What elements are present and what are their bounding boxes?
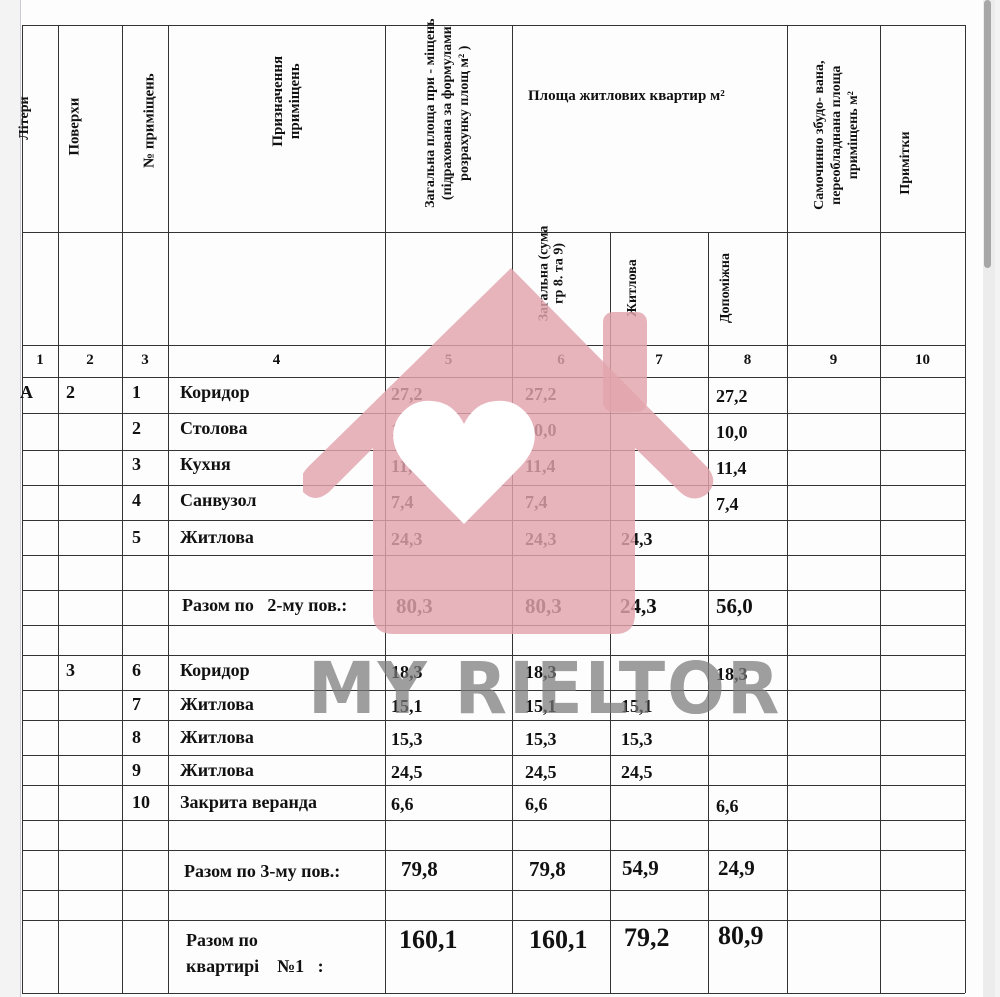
grid-vline (512, 25, 513, 993)
cell-general-area: 6,6 (525, 794, 548, 815)
column-number: 4 (168, 352, 385, 369)
cell-general-area: 18,3 (525, 662, 557, 683)
grid-hline (22, 590, 965, 591)
grid-hline (22, 755, 965, 756)
grand-total-label-line2: квартирі №1 : (186, 956, 324, 977)
subtotal-floor3-general: 79,8 (529, 857, 566, 882)
header-notes: Примітки (898, 113, 914, 213)
cell-purpose: Закрита веранда (180, 792, 317, 813)
cell-total-area: 15,3 (391, 729, 423, 750)
subtotal-floor2-general: 80,3 (525, 594, 562, 619)
grid-hline (22, 345, 965, 346)
cell-purpose: Столова (180, 418, 248, 439)
cell-purpose: Житлова (180, 694, 254, 715)
cell-living-area: 15,3 (621, 729, 653, 750)
cell-room-number: 6 (132, 660, 141, 681)
grid-hline (22, 850, 965, 851)
grid-vline (965, 25, 966, 993)
cell-total-area: 27,2 (391, 384, 423, 405)
grid-hline (22, 720, 965, 721)
cell-living-area: 15,1 (621, 696, 653, 717)
cell-room-number: 9 (132, 760, 141, 781)
cell-litera: А (20, 382, 33, 403)
grid-hline (22, 413, 965, 414)
cell-general-area: 15,1 (525, 696, 557, 717)
header-self-built: Самочинно збудо- вана, переобладнана пло… (812, 40, 862, 230)
cell-purpose: Житлова (180, 527, 254, 548)
grid-hline (22, 890, 965, 891)
scrollbar-thumb[interactable] (984, 0, 991, 268)
grid-hline (22, 625, 965, 626)
cell-total-area: 18,3 (391, 662, 423, 683)
subtotal-floor3-label: Разом по 3-му пов.: (184, 861, 340, 882)
grid-hline (22, 555, 965, 556)
cell-total-area: 24,5 (391, 762, 423, 783)
cell-total-area: 6,6 (391, 794, 414, 815)
grid-hline (22, 485, 965, 486)
cell-living-area: 24,5 (621, 762, 653, 783)
cell-auxiliary-area: 11,4 (716, 458, 747, 479)
header-living-apartments-area: Площа житлових квартир м² (528, 88, 725, 105)
cell-room-number: 1 (132, 382, 141, 403)
header-general: Загальна (сума гр 8. та 9) (537, 218, 568, 328)
cell-auxiliary-area: 7,4 (716, 494, 739, 515)
cell-room-number: 3 (132, 454, 141, 475)
column-number: 6 (512, 352, 610, 369)
cell-floor: 2 (66, 382, 75, 403)
header-litera: Літери (17, 58, 33, 178)
cell-general-area: 10,0 (525, 420, 557, 441)
column-number: 2 (58, 352, 122, 369)
cell-auxiliary-area: 6,6 (716, 796, 739, 817)
grid-hline (22, 655, 965, 656)
grand-total-auxiliary: 80,9 (718, 921, 764, 951)
subtotal-floor3-auxiliary: 24,9 (718, 856, 755, 881)
subtotal-floor2-living: 24,3 (620, 594, 657, 619)
grid-hline (22, 25, 965, 26)
cell-room-number: 7 (132, 694, 141, 715)
cell-purpose: Кухня (180, 454, 231, 475)
grid-vline (58, 25, 59, 993)
cell-total-area: 7,4 (391, 492, 414, 513)
cell-total-area: 11,4 (391, 456, 422, 477)
grid-vline (168, 25, 169, 993)
cell-general-area: 7,4 (525, 492, 548, 513)
grid-vline (122, 25, 123, 993)
column-number: 9 (787, 352, 880, 369)
grid-vline (708, 232, 709, 993)
grid-hline (22, 820, 965, 821)
cell-room-number: 8 (132, 727, 141, 748)
subtotal-floor2-auxiliary: 56,0 (716, 594, 753, 619)
grand-total-total: 160,1 (399, 925, 458, 955)
cell-auxiliary-area: 10,0 (716, 422, 748, 443)
header-auxiliary: Допоміжна (718, 238, 734, 338)
cell-room-number: 5 (132, 527, 141, 548)
cell-general-area: 15,3 (525, 729, 557, 750)
grand-total-general: 160,1 (529, 925, 588, 955)
header-room-number: № приміщень (141, 51, 158, 191)
grid-vline (610, 232, 611, 993)
cell-room-number: 10 (132, 792, 150, 813)
grid-hline (22, 450, 965, 451)
subtotal-floor3-total: 79,8 (401, 857, 438, 882)
grid-hline (22, 785, 965, 786)
cell-purpose: Санвузол (180, 490, 256, 511)
column-number: 1 (22, 352, 58, 369)
cell-total-area: 10,0 (391, 420, 423, 441)
cell-purpose: Житлова (180, 760, 254, 781)
cell-total-area: 15,1 (391, 696, 423, 717)
cell-general-area: 27,2 (525, 384, 557, 405)
column-number: 8 (708, 352, 787, 369)
cell-general-area: 11,4 (525, 456, 556, 477)
cell-auxiliary-area: 27,2 (716, 386, 748, 407)
column-number: 7 (610, 352, 708, 369)
subtotal-floor2-total: 80,3 (396, 594, 433, 619)
grid-vline (787, 25, 788, 993)
cell-total-area: 24,3 (391, 529, 423, 550)
cell-purpose: Житлова (180, 727, 254, 748)
grid-vline (385, 25, 386, 993)
cell-general-area: 24,3 (525, 529, 557, 550)
cell-room-number: 2 (132, 418, 141, 439)
grid-hline (22, 377, 965, 378)
column-number: 3 (122, 352, 168, 369)
grid-vline (880, 25, 881, 993)
grand-total-label-line1: Разом по (186, 930, 258, 951)
header-total-area: Загальна площа при - міщень (підрахована… (423, 18, 473, 208)
subtotal-floor2-label: Разом по 2-му пов.: (182, 595, 347, 616)
cell-purpose: Коридор (180, 382, 250, 403)
cell-general-area: 24,5 (525, 762, 557, 783)
column-number: 10 (880, 352, 965, 369)
grid-hline (22, 993, 965, 994)
grid-hline (22, 920, 965, 921)
grid-hline (22, 690, 965, 691)
header-floors: Поверхи (66, 67, 83, 187)
cell-floor: 3 (66, 660, 75, 681)
header-living: Житлова (625, 238, 641, 338)
grid-hline (22, 232, 965, 233)
subtotal-floor3-living: 54,9 (622, 856, 659, 881)
grid-hline (22, 520, 965, 521)
cell-living-area: 24,3 (621, 529, 653, 550)
column-number: 5 (385, 352, 512, 369)
grand-total-living: 79,2 (624, 923, 670, 953)
cell-auxiliary-area: 18,3 (716, 664, 748, 685)
cell-room-number: 4 (132, 490, 141, 511)
header-purpose: Призначення приміщень (270, 31, 305, 171)
cell-purpose: Коридор (180, 660, 250, 681)
